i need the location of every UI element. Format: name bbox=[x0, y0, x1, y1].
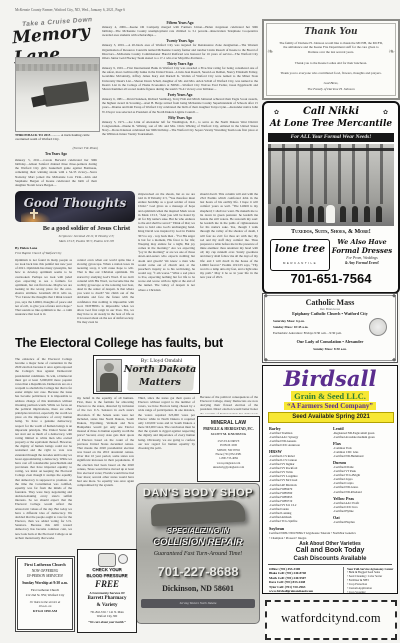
ad-title: DAN'S BODY SHOP bbox=[137, 487, 259, 499]
bridal-party-photo bbox=[268, 144, 394, 226]
section-text: January 9, 1991.....First International … bbox=[102, 66, 258, 91]
contact-list: Office: (701) 453-3300Blake Cell: (701) … bbox=[269, 567, 339, 594]
cross-icon bbox=[33, 209, 35, 219]
ad-line: First Lutheran Church bbox=[16, 588, 74, 592]
figure-silhouette bbox=[308, 206, 314, 222]
pharmacy-name: Barrett Pharmacy bbox=[78, 596, 136, 601]
law-firm-name: PRINGLE & HERIGSTAD, P.C. bbox=[198, 427, 259, 431]
column-text: Optimism is not found in many people as … bbox=[15, 258, 72, 333]
column-logo-line: Matters bbox=[122, 377, 198, 388]
thank-you-signoff: God Bless, bbox=[264, 81, 398, 85]
attorney-name: SCOTT M. KNUDSVIG bbox=[198, 432, 259, 436]
offer-line: & Any Formal Event! bbox=[330, 261, 394, 265]
logo-script-text: lone tree bbox=[271, 244, 329, 255]
mass-time: Saturday Mass: 6 p.m. bbox=[273, 319, 373, 323]
thank-you-paragraph: Thank you to everyone who contributed fo… bbox=[278, 71, 384, 75]
ad-tagline-text: “A Farmers Seed Company” bbox=[284, 402, 376, 410]
seed-banner: Seed Available Spring 2021 bbox=[268, 412, 394, 423]
mass-time: Eucharistic Adoration: Fridays 9:30 a.m.… bbox=[273, 331, 383, 335]
agronomy-list: • Bulk & Bagged Seed Sales• Seed Cleanin… bbox=[347, 571, 398, 594]
call-line: Call and Book Today bbox=[263, 547, 397, 554]
offer-line: For Prom, Weddings bbox=[330, 256, 394, 260]
ad-phone-number: 701-227-8688 bbox=[137, 564, 259, 579]
figure-silhouette bbox=[340, 206, 346, 222]
section-text: January 6, 1981.....David Sundeen, Richa… bbox=[102, 97, 258, 114]
ad-line: 10 a.m. on bbox=[16, 604, 74, 608]
diamond-icon: ◆ bbox=[264, 357, 268, 363]
section-text: January 5, 1971.....Joe Link of Alexande… bbox=[102, 120, 258, 137]
photo-credit: (Farmer File Photo) bbox=[15, 146, 98, 150]
thank-you-signature: The Family of Darlene H. Johnson bbox=[264, 87, 398, 91]
page-header-line: McKenzie County Farmer, Watford City, ND… bbox=[15, 8, 315, 12]
ad-banner: For ALL Your Formal Wear Needs! bbox=[268, 133, 394, 142]
thank-you-paragraph: The family of Darlene H. Johnson would l… bbox=[278, 41, 384, 54]
thank-you-title: Thank You bbox=[264, 27, 398, 37]
mass-ad-title: Catholic Mass bbox=[263, 298, 397, 307]
radio-station: KTGO 1090 AM bbox=[16, 609, 74, 613]
scripture-line: Scriptures: Jeremiah 29:11; II Timothy 2… bbox=[15, 234, 158, 238]
seed-list: -Certified AAC Profit-Certified CDC Inca… bbox=[333, 501, 393, 513]
column-text: Because of the political consequences of… bbox=[200, 395, 258, 414]
ad-subheadline: At Lone Tree Mercantile bbox=[264, 119, 398, 129]
seed-column-right: Lentil -Registered ND-Eagle small green-… bbox=[333, 424, 393, 524]
cross-icon bbox=[30, 212, 38, 214]
offer-line: Formal Dresses bbox=[330, 246, 394, 255]
ornament-icon: ❧ bbox=[388, 47, 395, 56]
seed-list: -Registered ND-Eagle small green-Certifi… bbox=[333, 431, 393, 439]
church-name: Our Lady of Consolation • Alexander bbox=[263, 339, 397, 344]
column-text: should dwell. This column will end with … bbox=[200, 192, 258, 333]
church-name: First Lutheran Church bbox=[16, 562, 74, 567]
good-thoughts-banner-text: Good Thoughts bbox=[15, 196, 135, 210]
columnist-byline-box: By: Lloyd Omdahl North Dakota Matters bbox=[93, 355, 200, 394]
newspaper-page: McKenzie County Farmer, Watford City, ND… bbox=[0, 0, 400, 643]
bride-silhouette bbox=[326, 205, 335, 223]
ad-headline: Call Nikki bbox=[264, 106, 398, 117]
figure-silhouette bbox=[276, 206, 282, 222]
section-heading-ten-years: Ten Years Ago bbox=[15, 152, 97, 156]
ad-subtitle-text: Grain & Seed LLC. bbox=[291, 391, 369, 401]
catholic-mass-ad: ◆ ◆ ◆ ◆ Catholic Mass Rev. Brian Gross E… bbox=[262, 293, 398, 363]
ad-line: CHECK YOUR bbox=[78, 567, 136, 572]
photo-caption: THROWBACK TO 2015 ........... A truck ha… bbox=[15, 133, 98, 142]
barrett-pharmacy-ad: CHECK YOUR BLOOD PRESSURE FREE A Communi… bbox=[77, 549, 137, 633]
ad-line: A Community Service Of bbox=[78, 591, 136, 595]
photo-caption-dots: ........... bbox=[51, 133, 60, 137]
mineral-law-ad: MINERAL LAW PRINGLE & HERIGSTAD, P.C. SC… bbox=[197, 416, 260, 482]
ad-slogan: “We care about your health.” bbox=[78, 620, 136, 624]
ad-line: BLOOD PRESSURE bbox=[78, 573, 136, 578]
figure-silhouette bbox=[286, 206, 292, 222]
worship-time: Sunday Worship at 9:30 a.m. bbox=[16, 581, 74, 585]
memory-lane-column: Fifteen Years Ago January 4, 2006.....Ke… bbox=[102, 19, 258, 189]
mass-time: Sunday Mass: 8:30 a.m. bbox=[263, 347, 397, 351]
seed-list: -Certified Tradition-Certified AAC Syner… bbox=[269, 431, 329, 447]
ad-line: COLLISION REPAIR bbox=[137, 537, 259, 548]
overturned-truck-shape bbox=[43, 81, 89, 107]
column-text: The existence of the Electoral College b… bbox=[15, 357, 72, 552]
address-line: 212 2nd St. NW, Watford City bbox=[16, 593, 74, 597]
column-text: control even when our world spins like a… bbox=[77, 258, 134, 333]
ad-city: Dickinson, ND 58601 bbox=[137, 584, 259, 593]
lone-tree-logo: lone tree MERCANTILE bbox=[270, 239, 330, 271]
figure-silhouette bbox=[318, 206, 324, 222]
divider bbox=[268, 564, 392, 565]
email-line: sknudsvig@pringlend.com bbox=[198, 465, 259, 469]
ad-free-label: FREE bbox=[78, 579, 136, 589]
seed-list: -Common York-Common CDC Glas-Certified N… bbox=[333, 446, 393, 458]
gauge-icon bbox=[118, 554, 128, 564]
column-text: my belief in the equality of all humans.… bbox=[77, 396, 134, 545]
columnist-portrait bbox=[96, 359, 122, 392]
scripture-line: Mark 13:13; Psalms 30:5; Psalms 119:105 bbox=[15, 239, 158, 243]
section-text-ten-years: January 5, 2011.....Carole Berwald celeb… bbox=[15, 158, 97, 189]
section-text: January 4, 2006.....Keene Oil Company me… bbox=[102, 25, 258, 37]
portrait-head-shape bbox=[104, 363, 114, 372]
diamond-icon: ◆ bbox=[392, 357, 396, 363]
thank-you-card: ❧ ❧ Thank You The family of Darlene H. J… bbox=[262, 19, 400, 100]
column-text: shipwrecked on the shoals, but as we are… bbox=[138, 192, 195, 333]
bridge-truss-shape bbox=[268, 144, 394, 204]
ad-line: SPECIALIZING IN bbox=[137, 526, 259, 535]
section-text: January 3, 2001.....A 20-block area of W… bbox=[102, 43, 258, 60]
pharmacy-name: & Variety bbox=[78, 603, 136, 608]
cash-line: Cash Discounts Available bbox=[263, 556, 397, 562]
seed-list: -Certified Divide-Certified VT Peak-Cert… bbox=[333, 465, 393, 493]
figure-silhouette bbox=[352, 206, 358, 222]
column-title: Be a good soldier of Jesus Christ bbox=[15, 225, 158, 232]
birdsall-seed-ad: Birdsall Grain & Seed LLC. “A Farmers Se… bbox=[262, 365, 398, 594]
wrecked-car-shape bbox=[150, 500, 245, 527]
ad-footer-strip: Serving Western North Dakota bbox=[141, 599, 255, 608]
lone-tree-ad: ✿ ✿ Call Nikki At Lone Tree Mercantile F… bbox=[262, 101, 400, 294]
dans-body-shop-ad: DAN'S BODY SHOP SPECIALIZING IN COLLISIO… bbox=[136, 483, 260, 624]
figure-silhouette bbox=[296, 206, 302, 222]
mass-time: Sunday Mass: 10:45 a.m. bbox=[273, 325, 373, 329]
portrait-suit-shape bbox=[100, 373, 118, 391]
offer-line: We Also Have bbox=[330, 238, 394, 246]
figure-silhouette bbox=[364, 206, 370, 222]
ad-phone-number: 701-651-7564 bbox=[264, 271, 398, 286]
seed-list: -Certified LCS Rebel-Certified LCS Canno… bbox=[269, 454, 329, 523]
agronomy-block: Your Full-Service Agronomy Center • Bulk… bbox=[343, 567, 398, 594]
column-byline-church: First Baptist Church of Watford City bbox=[15, 251, 115, 255]
ad-tagline: “A Farmers Seed Company” bbox=[263, 402, 397, 410]
ornament-icon: ❧ bbox=[267, 47, 274, 56]
throwback-photo bbox=[15, 57, 100, 132]
photo-treeline bbox=[16, 64, 99, 71]
column-byline: By Helen Lane bbox=[15, 246, 115, 250]
seed-column-left: Barley -Certified Tradition-Certified AA… bbox=[269, 424, 329, 523]
ad-guarantee: Guaranteed Fast Turn-Around Time! bbox=[137, 551, 259, 557]
chalice-icon bbox=[369, 318, 387, 336]
first-lutheran-ad: First Lutheran Church NOW OFFERING IN-PE… bbox=[15, 556, 75, 632]
good-thoughts-banner: Good Thoughts bbox=[15, 191, 135, 222]
website-url: watfordcitynd.com bbox=[267, 611, 395, 626]
figure-silhouette bbox=[376, 206, 382, 222]
column-text: Third, since the states got their quota … bbox=[138, 396, 195, 479]
soybean-line: • Champion • Proseed • Integra bbox=[269, 536, 393, 540]
blood-pressure-cuff-icon bbox=[98, 553, 116, 567]
thank-you-paragraph: Thank you to the Keene Ladies Aid for th… bbox=[284, 61, 378, 65]
column-logo-line: North Dakota bbox=[122, 364, 198, 375]
ad-tagline: Tuxedos, Suits, Shoes, & More! bbox=[264, 229, 398, 235]
seed-list: -Certified Hayden bbox=[333, 520, 393, 524]
opinion-headline: The Electoral College has faults, but bbox=[15, 336, 258, 350]
ad-title: Birdsall bbox=[263, 366, 397, 391]
ad-subtitle: Grain & Seed LLC. bbox=[263, 391, 397, 401]
logo-sub-text: MERCANTILE bbox=[271, 261, 329, 265]
ad-line: IN-PERSON SERVICES! bbox=[16, 574, 74, 578]
ad-title: MINERAL LAW bbox=[198, 420, 259, 426]
address-line: Watford City, ND bbox=[78, 614, 136, 618]
website-promo-box: watfordcitynd.com bbox=[265, 600, 397, 640]
soybean-line: Certified NDSU ND17009GT Glyphosate Tole… bbox=[269, 531, 393, 535]
law-firm-contact: 2525 ELK DRIVE PO BOX 1000 MINOT, ND 587… bbox=[198, 439, 259, 470]
ad-line: NOW OFFERING bbox=[16, 569, 74, 573]
church-name: Epiphany Catholic Church • Watford City bbox=[263, 311, 397, 316]
photo-caption-lead: THROWBACK TO 2015 bbox=[15, 133, 50, 137]
